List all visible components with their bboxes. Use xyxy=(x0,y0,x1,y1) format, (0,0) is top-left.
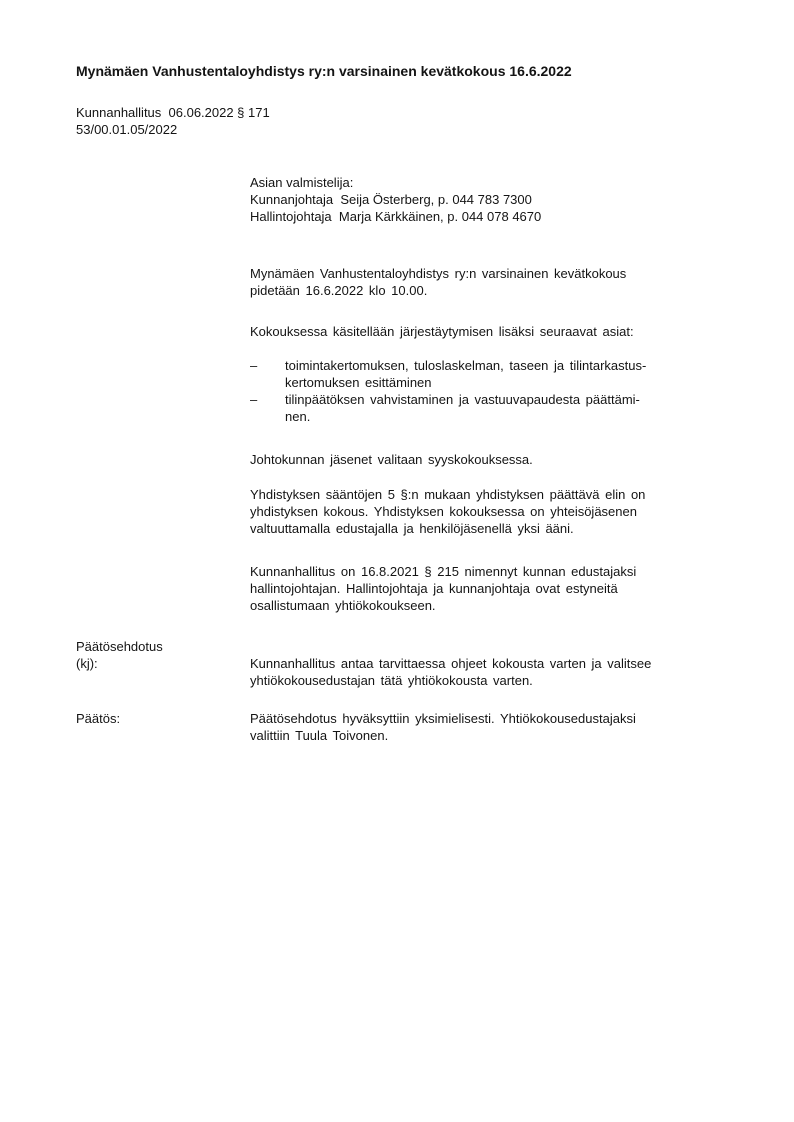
page-title: Mynämäen Vanhustentaloyhdistys ry:n vars… xyxy=(76,62,746,80)
paragraph-agenda-intro: Kokouksessa käsitellään järjestäytymisen… xyxy=(250,323,720,340)
case-number: 53/00.01.05/2022 xyxy=(76,121,746,138)
agenda-list: – toimintakertomuksen, tuloslaskelman, t… xyxy=(250,357,720,425)
preparers-heading: Asian valmistelija: xyxy=(250,174,720,191)
board-meeting-reference: Kunnanhallitus 06.06.2022 § 171 xyxy=(76,104,746,121)
preparers-block: Asian valmistelija: Kunnanjohtaja Seija … xyxy=(250,174,720,225)
decision-section: Päätös: Päätösehdotus hyväksyttiin yksim… xyxy=(76,710,746,744)
decision-label: Päätös: xyxy=(76,710,250,744)
dash-bullet-icon: – xyxy=(250,391,285,425)
body-column: Asian valmistelija: Kunnanjohtaja Seija … xyxy=(250,174,720,614)
dash-bullet-icon: – xyxy=(250,357,285,391)
decision-proposal-section: Päätösehdotus (kj): Kunnanhallitus antaa… xyxy=(76,638,746,689)
decision-proposal-label: Päätösehdotus (kj): xyxy=(76,638,250,689)
preparer-line: Kunnanjohtaja Seija Österberg, p. 044 78… xyxy=(250,191,720,208)
paragraph-board-members: Johtokunnan jäsenet valitaan syyskokouks… xyxy=(250,451,720,468)
decision-proposal-text: Kunnanhallitus antaa tarvittaessa ohjeet… xyxy=(250,638,720,689)
list-item-text: tilinpäätöksen vahvistaminen ja vastuuva… xyxy=(285,391,720,425)
list-item-text: toimintakertomuksen, tuloslaskelman, tas… xyxy=(285,357,720,391)
paragraph-representative-appointment: Kunnanhallitus on 16.8.2021 § 215 nimenn… xyxy=(250,563,720,614)
meta-block: Kunnanhallitus 06.06.2022 § 171 53/00.01… xyxy=(76,104,746,138)
list-item: – tilinpäätöksen vahvistaminen ja vastuu… xyxy=(250,391,720,425)
preparer-line: Hallintojohtaja Marja Kärkkäinen, p. 044… xyxy=(250,208,720,225)
list-item: – toimintakertomuksen, tuloslaskelman, t… xyxy=(250,357,720,391)
paragraph-meeting-time: Mynämäen Vanhustentaloyhdistys ry:n vars… xyxy=(250,265,720,299)
decision-text: Päätösehdotus hyväksyttiin yksimielisest… xyxy=(250,710,720,744)
paragraph-association-rules: Yhdistyksen sääntöjen 5 §:n mukaan yhdis… xyxy=(250,486,720,537)
document-page: Mynämäen Vanhustentaloyhdistys ry:n vars… xyxy=(0,0,794,1122)
